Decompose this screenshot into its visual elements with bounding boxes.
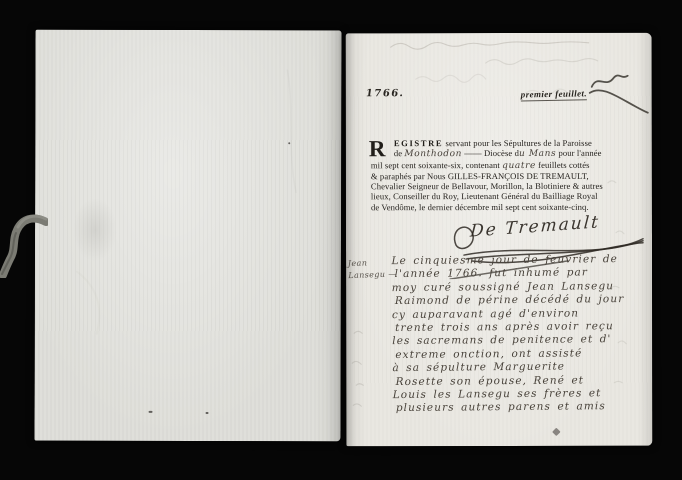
corner-paraph-signature [586, 71, 652, 117]
heading-line-3: mil sept cent soixante-six, contenant qu… [371, 159, 653, 171]
heading-line-7: de Vendôme, le dernier décembre mil sept… [371, 202, 653, 213]
ink-speck [288, 142, 290, 144]
paper-smudge [73, 198, 117, 262]
heading-line-2: de Monthodon —— Diocèse du Mans pour l'a… [371, 148, 653, 160]
margin-note-line: Lansegu — [348, 268, 397, 282]
handwritten-diocese: u Mans [519, 149, 556, 159]
dropcap-R: R [369, 138, 386, 159]
register-scan-spread: 1766. premier feuillet. R EGISTRE servan… [0, 0, 682, 480]
handwritten-leaf-count: quatre [502, 161, 536, 171]
entry-line: les sacremans de penitence et d' [392, 333, 644, 349]
left-page-blank [34, 30, 341, 442]
printed-register-heading: R EGISTRE servant pour les Sépultures de… [371, 138, 653, 213]
year-label: 1766. [365, 88, 405, 99]
burial-entry-handwriting: Le cinquiesme jour de feuvrier de l'anné… [391, 253, 644, 416]
heading-line-1: EGISTRE servant pour les Sépultures de l… [371, 138, 653, 149]
entry-line: Raimond de périne décédé du jour [392, 293, 644, 309]
ink-speck [206, 412, 209, 414]
heading-line-6: lieux, Conseiller du Roy, Lieutenant Gén… [371, 191, 653, 202]
handwritten-parish-name: Monthodon [404, 149, 462, 159]
right-page: 1766. premier feuillet. R EGISTRE servan… [346, 33, 653, 447]
entry-line: Le cinquiesme jour de feuvrier de [391, 253, 643, 269]
heading-line-5: Chevalier Seigneur de Bellavour, Morillo… [371, 181, 653, 192]
ink-speck [149, 411, 153, 413]
premier-feuillet-label: premier feuillet. [521, 88, 588, 101]
margin-note: Jean Lansegu — [348, 256, 397, 282]
entry-line: plusieurs autres parens et amis [393, 400, 645, 416]
binding-ribbon [0, 206, 48, 278]
heading-line-4: & paraphés par Nous GILLES-FRANÇOIS DE T… [371, 171, 653, 182]
